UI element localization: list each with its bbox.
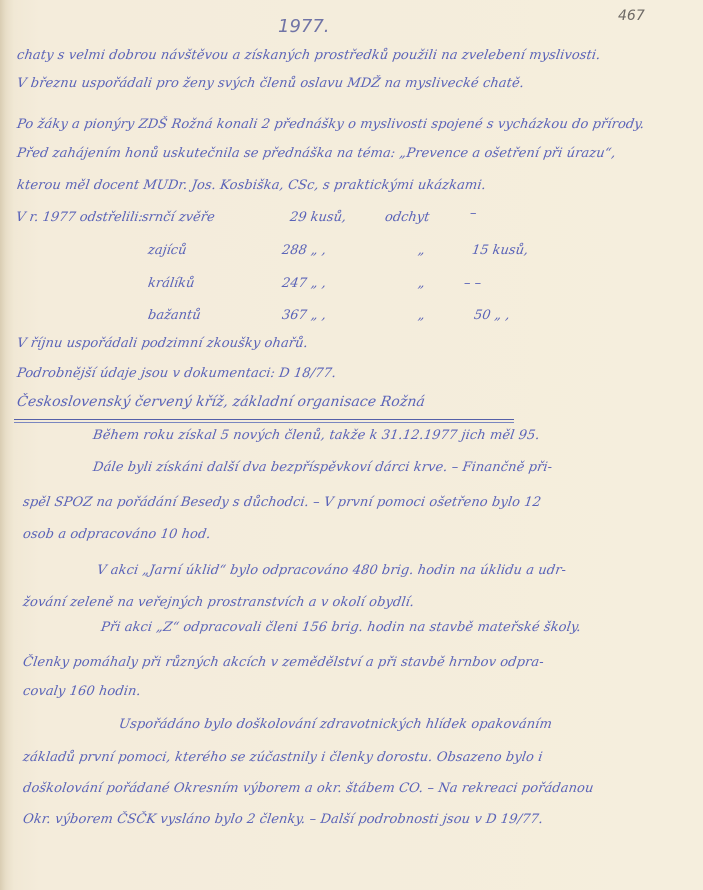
paragraph-line: Členky pomáhaly při různých akcích v zem… xyxy=(22,655,545,670)
hunt-animal: srnčí zvěře xyxy=(141,210,216,225)
text-line: V říjnu uspořádali podzimní zkoušky ohař… xyxy=(16,336,309,351)
year-header: 1977. xyxy=(278,16,330,37)
text-line: Po žáky a pionýry ZDŠ Rožná konali 2 pře… xyxy=(16,117,645,132)
section-heading: Československý červený kříž, základní or… xyxy=(16,394,426,410)
hunt-note: „ xyxy=(417,276,426,291)
hunt-note: odchyt xyxy=(384,210,430,225)
hunt-count: 29 kusů, xyxy=(289,210,347,225)
hunt-count: 367 „ , xyxy=(281,308,327,323)
hunt-note: „ xyxy=(417,243,426,258)
hunt-extra: 50 „ , xyxy=(473,308,511,323)
paragraph-line: Uspořádáno bylo doškolování zdravotnický… xyxy=(118,717,553,732)
heading-underline xyxy=(14,419,514,420)
text-line: kterou měl docent MUDr. Jos. Kosbiška, C… xyxy=(16,178,487,193)
hunt-animal: králíků xyxy=(147,276,196,291)
text-line: V březnu uspořádali pro ženy svých členů… xyxy=(16,76,525,91)
paragraph-line: žování zeleně na veřejných prostranstvíc… xyxy=(22,595,415,610)
heading-underline-second xyxy=(14,422,514,423)
hunt-count: 288 „ , xyxy=(281,243,327,258)
hunt-animal: bažantů xyxy=(147,308,202,323)
paragraph-line: Dále byli získáni další dva bezpříspěvko… xyxy=(92,460,553,475)
hunt-table-intro: V r. 1977 odstřelili: xyxy=(15,210,144,225)
hunt-extra: – xyxy=(469,206,478,221)
text-line: Podrobnější údaje jsou v dokumentaci: D … xyxy=(16,366,337,381)
hunt-extra: – – xyxy=(463,276,482,291)
paragraph-line: spěl SPOZ na pořádání Besedy s důchodci.… xyxy=(22,495,542,510)
paragraph-line: V akci „Jarní úklid“ bylo odpracováno 48… xyxy=(96,563,567,578)
paragraph-line: covaly 160 hodin. xyxy=(22,684,142,699)
hunt-animal: zajíců xyxy=(147,243,188,258)
paragraph-line: Při akci „Z“ odpracovali členi 156 brig.… xyxy=(100,620,582,635)
paragraph-line: osob a odpracováno 10 hod. xyxy=(22,527,212,542)
paragraph-line: Během roku získal 5 nových členů, takže … xyxy=(92,428,541,443)
paragraph-line: základů první pomoci, kterého se zúčastn… xyxy=(22,750,543,765)
paragraph-line: doškolování pořádané Okresním výborem a … xyxy=(22,781,594,796)
paragraph-line: Okr. výborem ČSČK vysláno bylo 2 členky.… xyxy=(22,812,544,827)
text-line: chaty s velmi dobrou návštěvou a získaný… xyxy=(16,48,601,63)
hunt-extra: 15 kusů, xyxy=(471,243,529,258)
page-number: 467 xyxy=(618,8,645,24)
hunt-note: „ xyxy=(417,308,426,323)
text-line: Před zahájením honů uskutečnila se předn… xyxy=(16,146,617,161)
hunt-count: 247 „ , xyxy=(281,276,327,291)
handwritten-chronicle-page: 1977. 467 chaty s velmi dobrou návštěvou… xyxy=(0,0,703,890)
